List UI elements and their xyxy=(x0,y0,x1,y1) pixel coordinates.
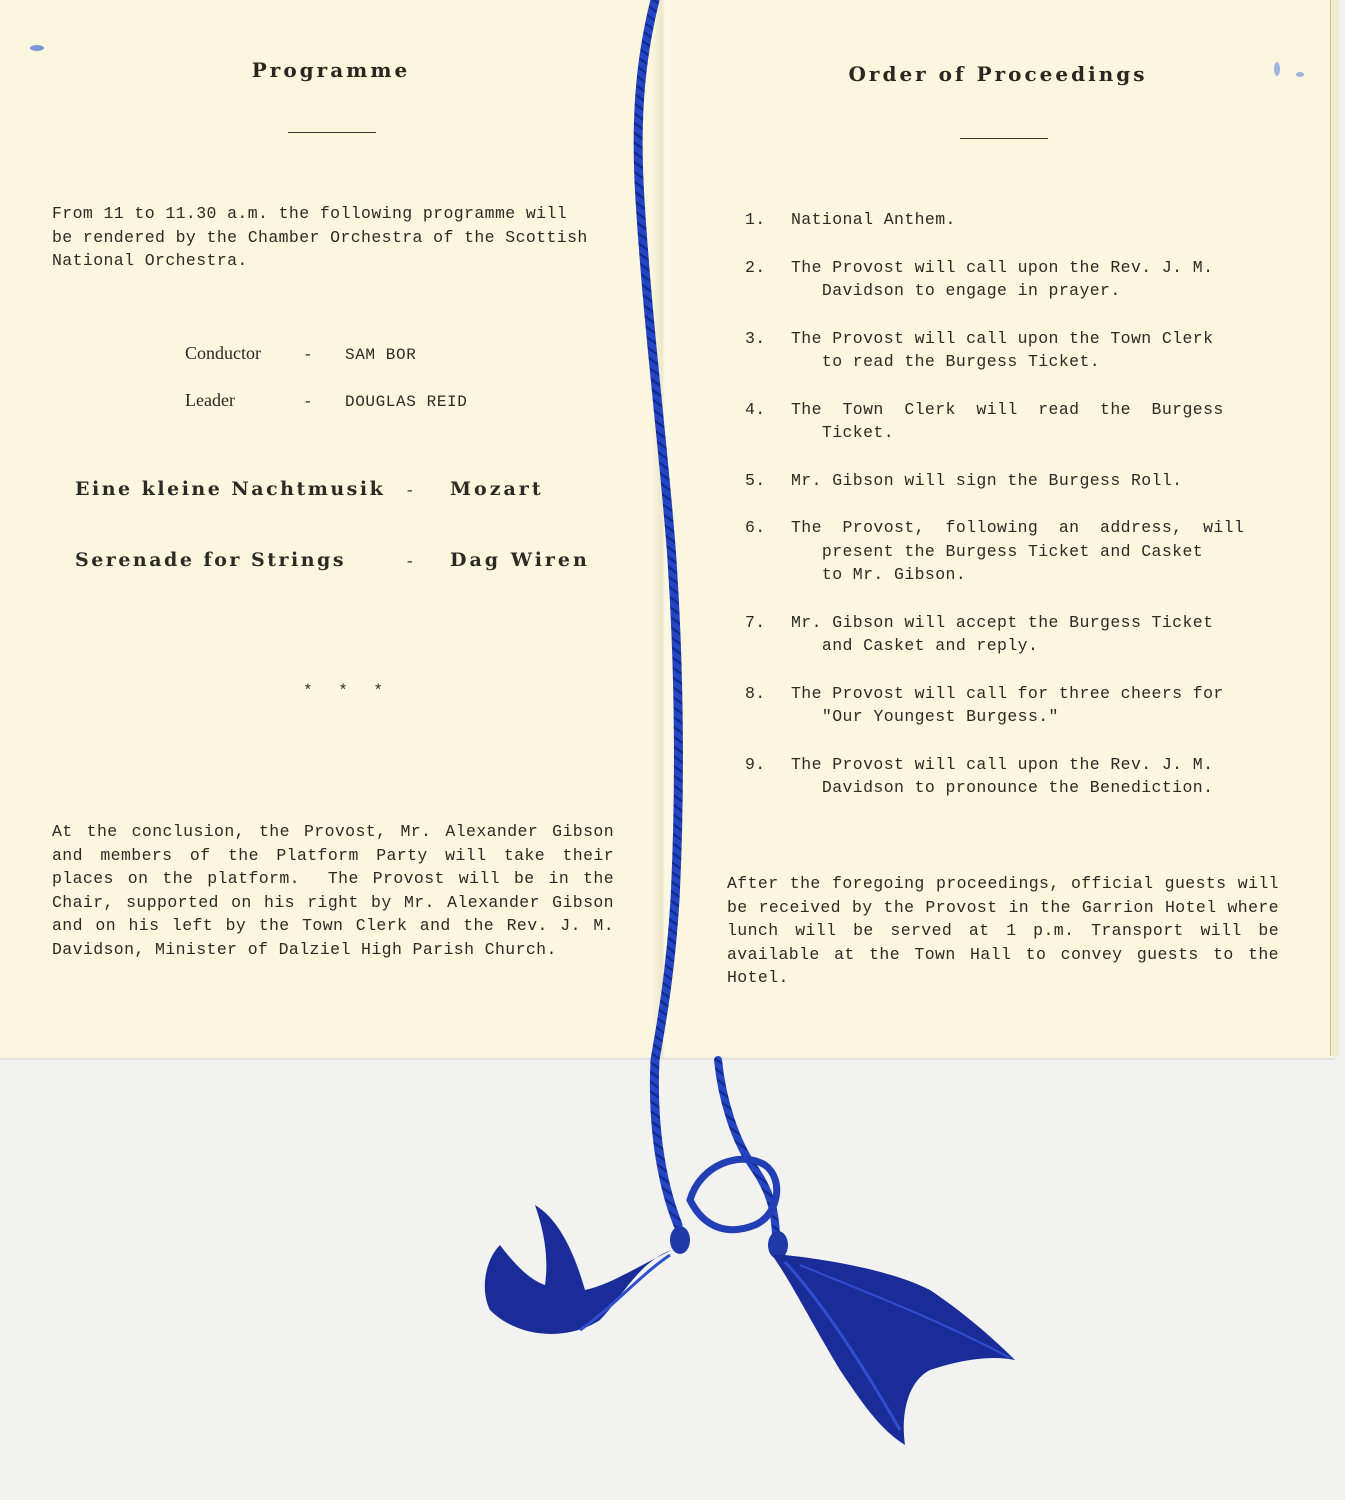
card-back-edge xyxy=(1330,0,1339,1056)
item-text: National Anthem. xyxy=(791,208,1265,232)
item-number: 8. xyxy=(745,682,791,729)
proceedings-item: 3.The Provost will call upon the Town Cl… xyxy=(745,327,1265,374)
credits-list: Conductor - SAM BOR Leader - DOUGLAS REI… xyxy=(185,343,467,437)
credit-role: Conductor xyxy=(185,343,303,364)
work-title: Eine kleine Nachtmusik xyxy=(75,478,405,500)
item-text: The Provost will call upon the Town Cler… xyxy=(791,327,1265,374)
credit-row-leader: Leader - DOUGLAS REID xyxy=(185,390,467,437)
ink-spot-icon xyxy=(30,45,44,51)
credit-dash: - xyxy=(303,393,345,411)
proceedings-item: 6.The Provost, following an address, wil… xyxy=(745,516,1265,587)
work-composer: Mozart xyxy=(450,478,544,500)
item-text: The Provost will call for three cheers f… xyxy=(791,682,1265,729)
credit-role: Leader xyxy=(185,390,303,411)
after-paragraph: After the foregoing proceedings, officia… xyxy=(727,872,1279,990)
works-list: Eine kleine Nachtmusik - Mozart Serenade… xyxy=(75,478,590,620)
item-number: 2. xyxy=(745,256,791,303)
work-dash: - xyxy=(405,553,450,571)
item-number: 3. xyxy=(745,327,791,374)
item-number: 5. xyxy=(745,469,791,493)
item-text: Mr. Gibson will sign the Burgess Roll. xyxy=(791,469,1265,493)
item-number: 6. xyxy=(745,516,791,587)
item-number: 4. xyxy=(745,398,791,445)
heading-rule xyxy=(960,138,1048,139)
work-composer: Dag Wiren xyxy=(450,549,590,571)
left-page: Programme From 11 to 11.30 a.m. the foll… xyxy=(0,0,662,1058)
credit-name: SAM BOR xyxy=(345,346,416,364)
credit-dash: - xyxy=(303,346,345,364)
intro-paragraph: From 11 to 11.30 a.m. the following prog… xyxy=(52,202,612,273)
proceedings-item: 4.The Town Clerk will read the Burgess T… xyxy=(745,398,1265,445)
proceedings-heading: Order of Proceedings xyxy=(662,62,1334,86)
left-tassel xyxy=(485,1205,690,1334)
item-number: 7. xyxy=(745,611,791,658)
programme-card: Programme From 11 to 11.30 a.m. the foll… xyxy=(0,0,1335,1058)
item-text: The Provost will call upon the Rev. J. M… xyxy=(791,753,1265,800)
work-row: Serenade for Strings - Dag Wiren xyxy=(75,549,590,620)
item-text: The Provost will call upon the Rev. J. M… xyxy=(791,256,1265,303)
programme-heading: Programme xyxy=(0,58,662,82)
heading-rule xyxy=(288,132,376,133)
proceedings-list: 1.National Anthem.2.The Provost will cal… xyxy=(745,208,1265,800)
ink-spot-icon xyxy=(1296,72,1304,77)
credit-row-conductor: Conductor - SAM BOR xyxy=(185,343,467,390)
item-text: The Town Clerk will read the Burgess Tic… xyxy=(791,398,1265,445)
item-text: The Provost, following an address, will … xyxy=(791,516,1265,587)
right-tassel xyxy=(768,1231,1015,1445)
ink-spot-icon xyxy=(1274,62,1280,76)
work-dash: - xyxy=(405,482,450,500)
work-row: Eine kleine Nachtmusik - Mozart xyxy=(75,478,590,549)
proceedings-item: 9.The Provost will call upon the Rev. J.… xyxy=(745,753,1265,800)
proceedings-item: 2.The Provost will call upon the Rev. J.… xyxy=(745,256,1265,303)
proceedings-item: 1.National Anthem. xyxy=(745,208,1265,232)
asterisk-separator: * * * xyxy=(303,682,391,700)
proceedings-item: 7.Mr. Gibson will accept the Burgess Tic… xyxy=(745,611,1265,658)
proceedings-item: 5.Mr. Gibson will sign the Burgess Roll. xyxy=(745,469,1265,493)
item-number: 9. xyxy=(745,753,791,800)
work-title: Serenade for Strings xyxy=(75,549,405,571)
credit-name: DOUGLAS REID xyxy=(345,393,467,411)
item-text: Mr. Gibson will accept the Burgess Ticke… xyxy=(791,611,1265,658)
item-number: 1. xyxy=(745,208,791,232)
conclusion-paragraph: At the conclusion, the Provost, Mr. Alex… xyxy=(52,820,614,961)
proceedings-item: 8.The Provost will call for three cheers… xyxy=(745,682,1265,729)
center-fold xyxy=(652,0,674,1058)
